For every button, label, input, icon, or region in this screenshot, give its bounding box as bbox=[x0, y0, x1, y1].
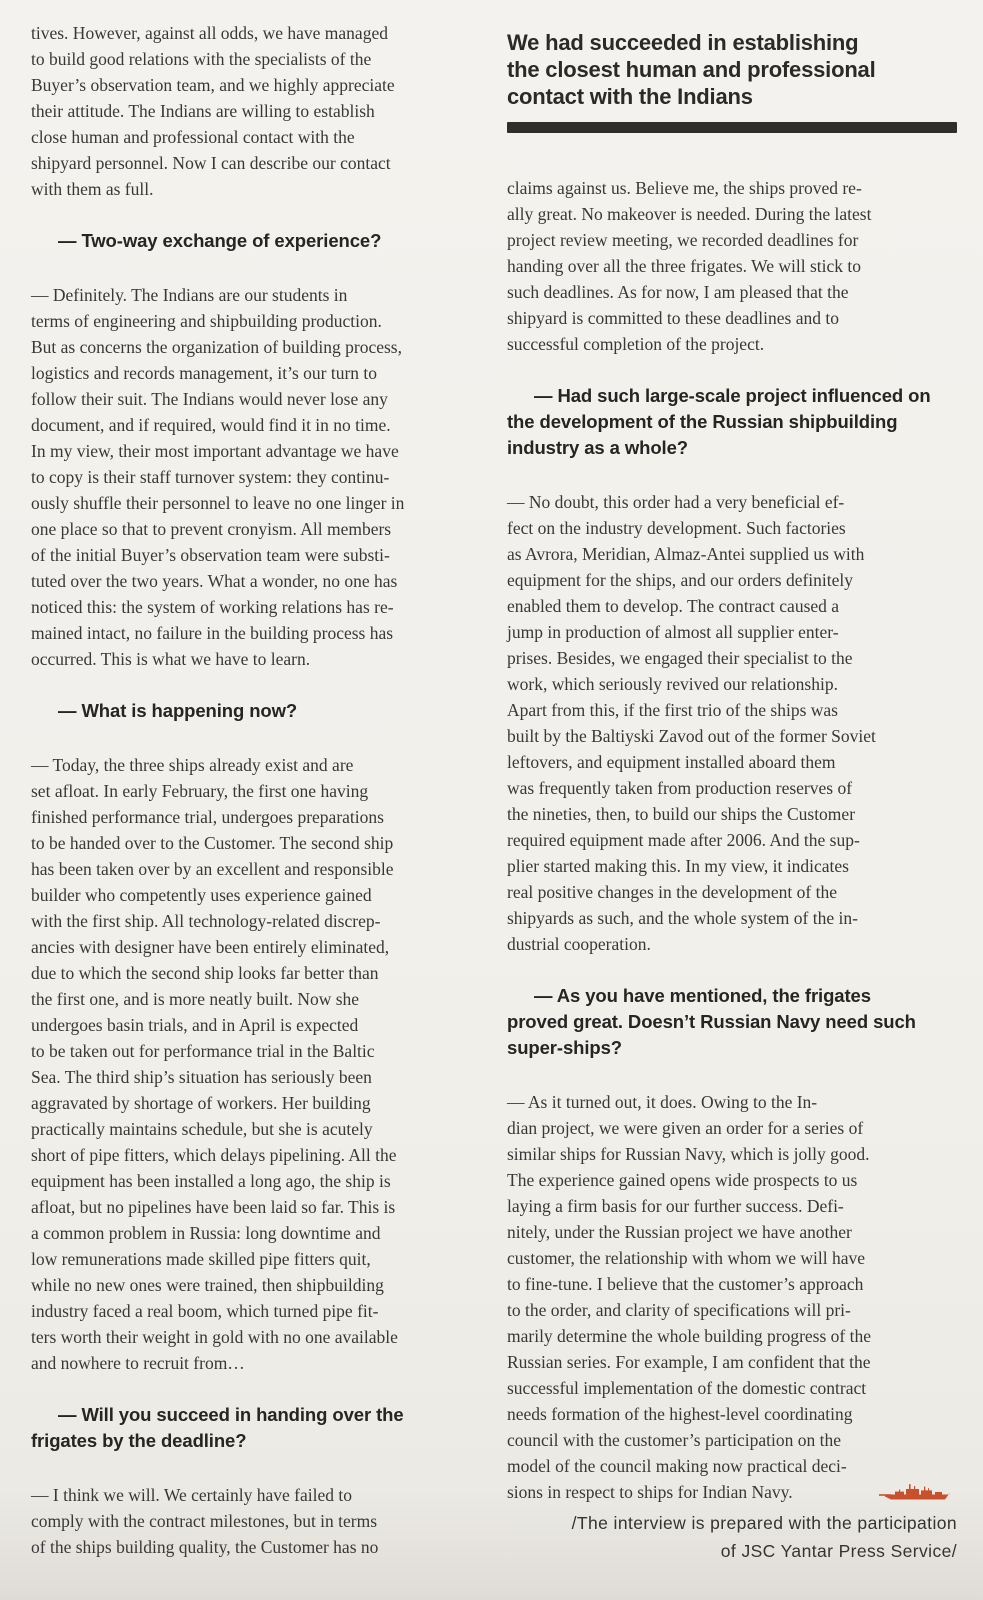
paragraph: — Today, the three ships already exist a… bbox=[31, 752, 468, 1376]
interview-question: — As you have mentioned, the frigates pr… bbox=[507, 983, 957, 1061]
paragraph: — I think we will. We certainly have fai… bbox=[31, 1482, 468, 1560]
paragraph: tives. However, against all odds, we hav… bbox=[31, 20, 468, 202]
interview-question: — Had such large-scale project influence… bbox=[507, 383, 957, 461]
interview-question: — Two-way exchange of experience? bbox=[31, 228, 468, 254]
interview-question: — Will you succeed in handing over the f… bbox=[31, 1402, 468, 1454]
right-column: We had succeeded in establishing the clo… bbox=[507, 20, 957, 1565]
interview-question: — What is happening now? bbox=[31, 698, 468, 724]
magazine-interview-page: tives. However, against all odds, we hav… bbox=[0, 0, 983, 1600]
paragraph: — As it turned out, it does. Owing to th… bbox=[507, 1089, 957, 1505]
closing-paragraph-wrap: — As it turned out, it does. Owing to th… bbox=[507, 1089, 957, 1505]
headline-rule bbox=[507, 122, 957, 133]
paragraph: — No doubt, this order had a very benefi… bbox=[507, 489, 957, 957]
pull-quote-headline: We had succeeded in establishing the clo… bbox=[507, 20, 957, 110]
paragraph: — Definitely. The Indians are our studen… bbox=[31, 282, 468, 672]
left-column: tives. However, against all odds, we hav… bbox=[31, 20, 468, 1560]
paragraph: claims against us. Believe me, the ships… bbox=[507, 175, 957, 357]
warship-end-mark-icon bbox=[879, 1482, 951, 1501]
credit-line: /The interview is prepared with the part… bbox=[507, 1509, 957, 1565]
